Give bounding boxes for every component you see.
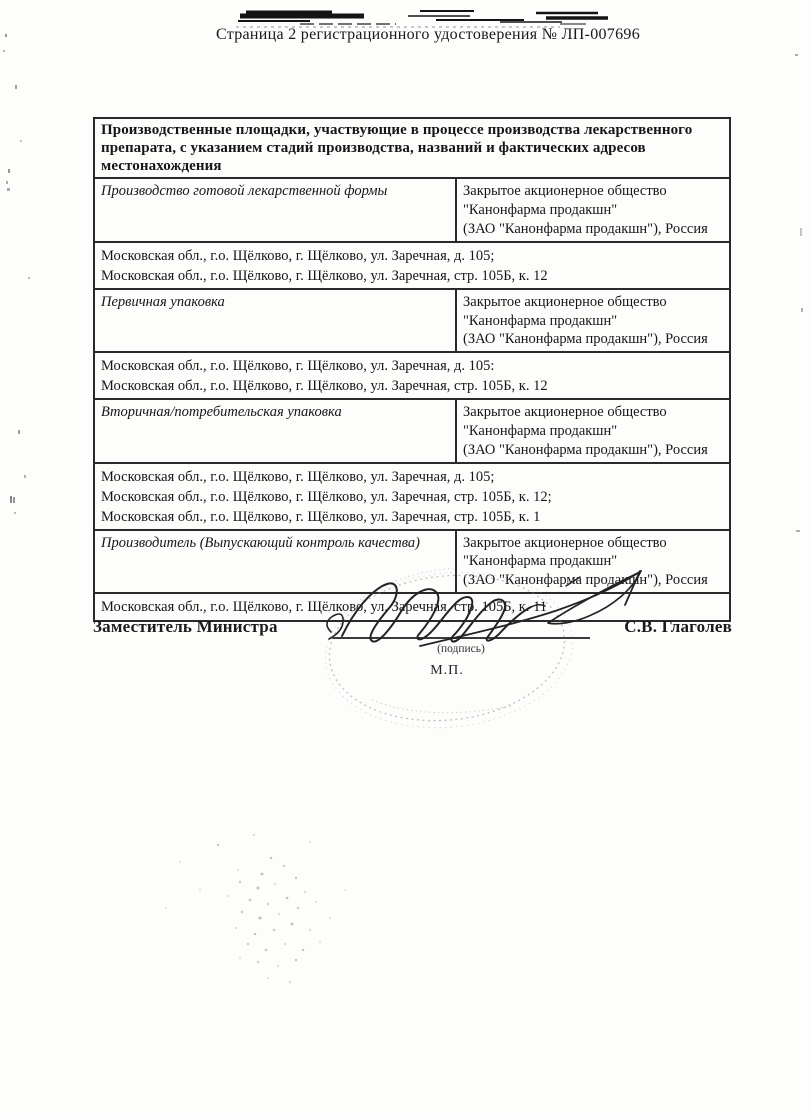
address-cell: Московская обл., г.о. Щёлково, г. Щёлков… xyxy=(94,352,730,399)
table-row: Вторичная/потребительская упаковка Закры… xyxy=(94,399,730,462)
company-line: "Канонфарма продакшн" xyxy=(463,552,722,571)
company-cell: Закрытое акционерное общество "Канонфарм… xyxy=(456,530,730,593)
stage-cell: Первичная упаковка xyxy=(94,289,456,352)
table-row: Производитель (Выпускающий контроль каче… xyxy=(94,530,730,593)
top-smudge-marks xyxy=(236,11,608,27)
address-line: Московская обл., г.о. Щёлково, г. Щёлков… xyxy=(101,376,722,396)
company-cell: Закрытое акционерное общество "Канонфарм… xyxy=(456,289,730,352)
page-header: Страница 2 регистрационного удостоверени… xyxy=(0,26,810,44)
table-header-row: Производственные площадки, участвующие в… xyxy=(94,118,730,178)
stamp-place-abbr: М.П. xyxy=(318,663,576,679)
address-line: Московская обл., г.о. Щёлково, г. Щёлков… xyxy=(101,487,722,507)
address-line: Московская обл., г.о. Щёлково, г. Щёлков… xyxy=(101,467,722,487)
table-row: Московская обл., г.о. Щёлково, г. Щёлков… xyxy=(94,463,730,530)
address-cell: Московская обл., г.о. Щёлково, г. Щёлков… xyxy=(94,242,730,289)
production-sites-table: Производственные площадки, участвующие в… xyxy=(93,117,731,622)
company-line: Закрытое акционерное общество xyxy=(463,182,722,201)
company-line: (ЗАО "Канонфарма продакшн"), Россия xyxy=(463,441,722,460)
table-row: Первичная упаковка Закрытое акционерное … xyxy=(94,289,730,352)
signature-caption: (подпись) xyxy=(332,643,590,655)
address-cell: Московская обл., г.о. Щёлково, г. Щёлков… xyxy=(94,463,730,530)
scanned-document-page: Страница 2 регистрационного удостоверени… xyxy=(0,0,810,1118)
table-row: Производство готовой лекарственной формы… xyxy=(94,178,730,241)
company-cell: Закрытое акционерное общество "Канонфарм… xyxy=(456,399,730,462)
address-line: Московская обл., г.о. Щёлково, г. Щёлков… xyxy=(101,597,722,617)
address-line: Московская обл., г.о. Щёлково, г. Щёлков… xyxy=(101,356,722,376)
table-row: Московская обл., г.о. Щёлково, г. Щёлков… xyxy=(94,352,730,399)
company-line: (ЗАО "Канонфарма продакшн"), Россия xyxy=(463,571,722,590)
signer-name: С.В. Глаголев xyxy=(612,617,732,637)
company-line: "Канонфарма продакшн" xyxy=(463,422,722,441)
signatory-position-title: Заместитель Министра xyxy=(93,617,278,637)
table-title: Производственные площадки, участвующие в… xyxy=(94,118,730,178)
stage-cell: Производство готовой лекарственной формы xyxy=(94,178,456,241)
table-row: Московская обл., г.о. Щёлково, г. Щёлков… xyxy=(94,242,730,289)
noise-cloud xyxy=(165,834,346,983)
address-line: Московская обл., г.о. Щёлково, г. Щёлков… xyxy=(101,507,722,527)
stage-cell: Производитель (Выпускающий контроль каче… xyxy=(94,530,456,593)
company-line: (ЗАО "Канонфарма продакшн"), Россия xyxy=(463,220,722,239)
company-line: Закрытое акционерное общество xyxy=(463,293,722,312)
company-line: "Канонфарма продакшн" xyxy=(463,312,722,331)
company-line: Закрытое акционерное общество xyxy=(463,403,722,422)
address-line: Московская обл., г.о. Щёлково, г. Щёлков… xyxy=(101,246,722,266)
company-line: Закрытое акционерное общество xyxy=(463,534,722,553)
address-line: Московская обл., г.о. Щёлково, г. Щёлков… xyxy=(101,266,722,286)
company-line: "Канонфарма продакшн" xyxy=(463,201,722,220)
company-line: (ЗАО "Канонфарма продакшн"), Россия xyxy=(463,330,722,349)
stage-cell: Вторичная/потребительская упаковка xyxy=(94,399,456,462)
signature-line xyxy=(332,637,590,639)
company-cell: Закрытое акционерное общество "Канонфарм… xyxy=(456,178,730,241)
